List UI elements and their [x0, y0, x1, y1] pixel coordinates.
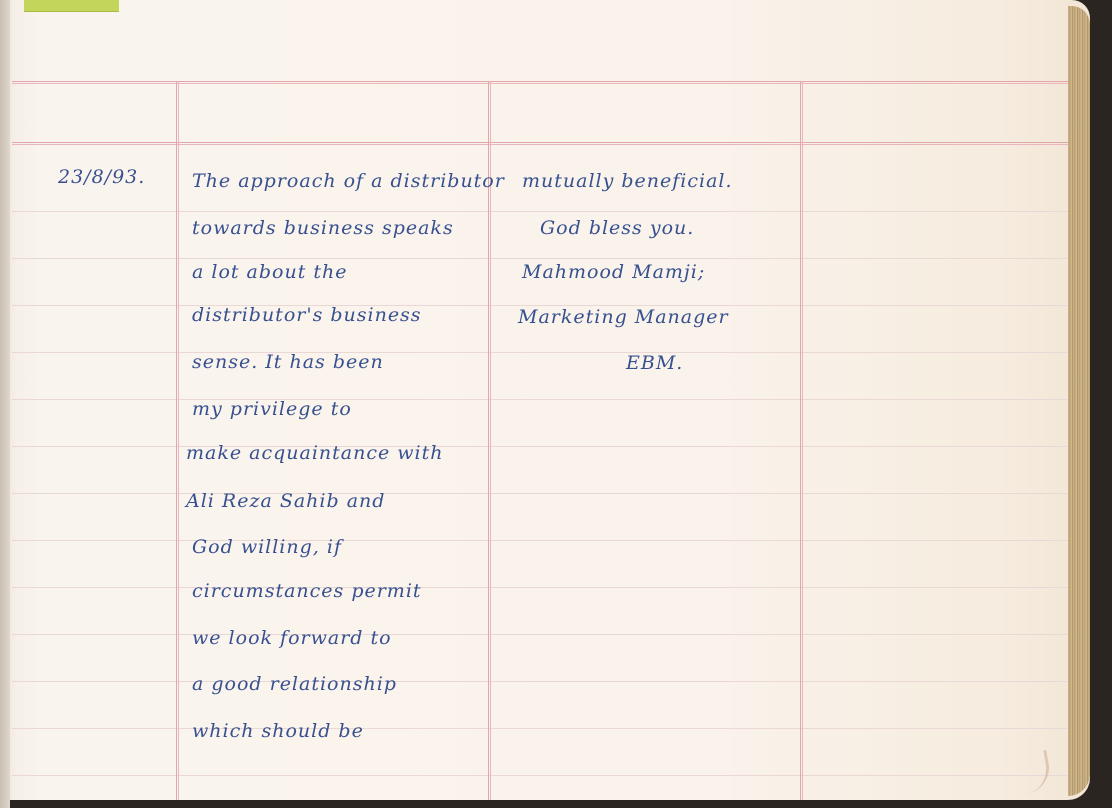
- ruled-line: [12, 399, 1082, 400]
- ruled-line: [12, 634, 1082, 635]
- book-binding: [0, 0, 10, 808]
- column-divider-date: [176, 82, 179, 800]
- remarks-line: distributor's business: [192, 304, 422, 326]
- header-rule-bottom: [12, 142, 1082, 145]
- remarks-line: Ali Reza Sahib and: [186, 490, 385, 512]
- remarks-line: a good relationship: [192, 673, 397, 695]
- ruled-line: [12, 352, 1082, 353]
- ruled-line: [12, 446, 1082, 447]
- entry-date: 23/8/93.: [58, 166, 145, 188]
- continuation-line: EBM.: [626, 352, 683, 374]
- ruled-line: [12, 587, 1082, 588]
- ledger-page: 23/8/93. The approach of a distributor t…: [0, 0, 1090, 800]
- ruled-line: [12, 258, 1082, 259]
- ruled-line: [12, 728, 1082, 729]
- remarks-line: God willing, if: [192, 536, 342, 558]
- remarks-line: a lot about the: [192, 261, 348, 283]
- remarks-line: my privilege to: [192, 398, 352, 420]
- continuation-line: Mahmood Mamji;: [522, 261, 705, 283]
- remarks-line: sense. It has been: [192, 351, 384, 373]
- remarks-line: towards business speaks: [192, 217, 454, 239]
- continuation-line: Marketing Manager: [518, 306, 729, 328]
- sticky-note-tab: [24, 0, 119, 12]
- page-edges: [1068, 6, 1090, 796]
- remarks-line: which should be: [192, 720, 364, 742]
- remarks-line: The approach of a distributor: [192, 170, 505, 192]
- ruled-line: [12, 211, 1082, 212]
- ruled-line: [12, 493, 1082, 494]
- ruled-line: [12, 681, 1082, 682]
- column-divider-continuation: [800, 82, 803, 800]
- remarks-line: make acquaintance with: [186, 442, 444, 464]
- remarks-line: we look forward to: [192, 627, 392, 649]
- header-rule-top: [12, 81, 1082, 84]
- continuation-line: God bless you.: [540, 217, 694, 239]
- page-stain: [1020, 750, 1054, 794]
- continuation-line: mutually beneficial.: [522, 170, 733, 192]
- remarks-line: circumstances permit: [192, 580, 422, 602]
- ruled-line: [12, 775, 1082, 776]
- ruled-line: [12, 540, 1082, 541]
